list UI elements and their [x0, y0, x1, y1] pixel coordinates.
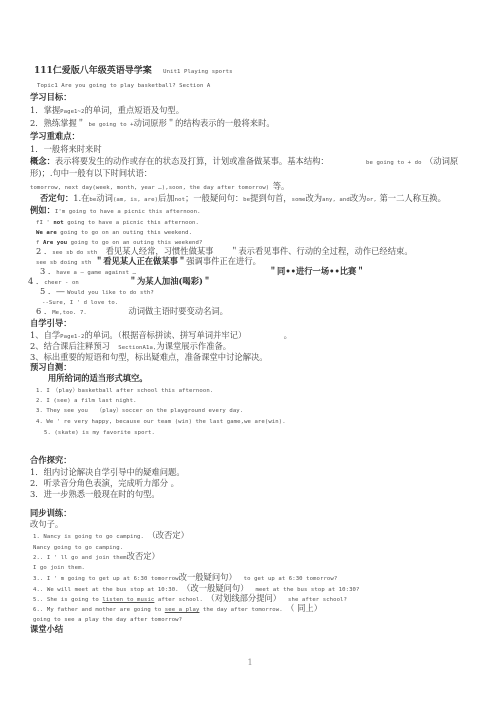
text-segment: some [292, 197, 306, 203]
text-segment: 。 [242, 330, 292, 340]
text-segment: （ 同上） [286, 603, 322, 613]
text-segment: 概念： [30, 156, 55, 166]
doc-line: 1．一般将来时来时 [30, 142, 102, 154]
doc-line: 5. (skate) is my favorite sport. [44, 424, 155, 438]
text-segment: 2．熟练掌握＂ [30, 118, 85, 128]
section-heading-learning-goals: 学习目标： [30, 90, 72, 102]
text-segment: 课堂小结 [30, 624, 63, 634]
text-segment: 合作探究： [30, 455, 72, 465]
text-segment: （改否定） [147, 530, 189, 540]
text-segment: 形)；.句中一般有以下时间状语： [30, 168, 152, 178]
text-segment: Page1~2 [60, 109, 84, 115]
text-segment: 第一二人称互换。 [377, 193, 446, 203]
section-heading-class-summary: 课堂小结 [30, 622, 63, 634]
text-segment: （动词原 [425, 156, 458, 166]
text-segment: 自学引导： [30, 318, 72, 328]
section-heading-cooperative-inquiry: 合作探究： [30, 453, 72, 465]
doc-line: 1．掌握Page1~2的单词，重点短语及句型。 [30, 103, 184, 117]
text-segment: be going to + [85, 122, 134, 128]
text-segment: 5. (skate) is my favorite sport. [44, 430, 155, 436]
text-segment: 动词 [96, 193, 113, 203]
text-segment: 111仁爱版八年级英语导学案 [34, 66, 152, 76]
section-heading-self-study: 自学引导： [30, 316, 72, 328]
text-segment: 改为 [305, 193, 322, 203]
doc-line: 3．进一步熟悉一般现在时的句型。 [30, 487, 160, 499]
text-segment: any, and [322, 197, 350, 203]
text-segment: 1.在 [73, 193, 89, 203]
text-segment: 的单词，重点短语及句型。 [84, 105, 184, 115]
text-segment: the day after tomorrow. [199, 607, 286, 613]
doc-line: 形)；.句中一般有以下时间状语： [30, 166, 152, 178]
text-segment: 3．进一步熟悉一般现在时的句型。 [30, 489, 160, 499]
text-segment: Topic1 Are you going to play basketball?… [37, 83, 210, 89]
text-segment: 否定句： [40, 193, 73, 203]
doc-subtitle-line: Topic1 Are you going to play basketball?… [37, 77, 210, 91]
doc-line: 2．熟练掌握＂ be going to +动词原形＂的结构表示的一般将来时。 [30, 116, 275, 130]
section-heading-key-points: 学习重难点： [30, 129, 80, 141]
text-segment: 6 ． [36, 306, 52, 316]
text-segment: 学习重难点： [30, 131, 80, 141]
text-segment: 改否定） [127, 551, 160, 561]
worksheet-page: 111仁爱版八年级英语导学案 Unit1 Playing sportsTopic… [0, 0, 500, 709]
text-segment: 提到句首， [250, 193, 292, 203]
text-segment: ；一般疑问句： [185, 193, 243, 203]
text-segment: or, [366, 197, 376, 203]
text-segment: 改为 [350, 193, 367, 203]
text-segment: 动词原形＂的结构表示的一般将来时。 [134, 118, 275, 128]
text-segment: 后加 [158, 193, 175, 203]
page-number: 1 [0, 658, 500, 667]
text-segment: ＂同••进行一场••比赛＂ [269, 266, 365, 276]
text-segment: be going to + do [366, 160, 425, 166]
doc-title-line: 111仁爱版八年级英语导学案 Unit1 Playing sports [34, 63, 233, 77]
text-segment: 学习目标： [30, 92, 72, 102]
text-segment: Unit1 Playing sports [152, 69, 233, 75]
text-segment: 表示将要发生的动作或存在的状态及打算，计划或准备做某事。基本结构： [55, 156, 366, 166]
text-segment: 1．一般将来时来时 [30, 144, 102, 154]
text-segment: 1．掌握 [30, 105, 60, 115]
text-segment: 动词做主语时要变动名词。 [87, 306, 228, 316]
text-segment: 等。 [273, 181, 290, 191]
